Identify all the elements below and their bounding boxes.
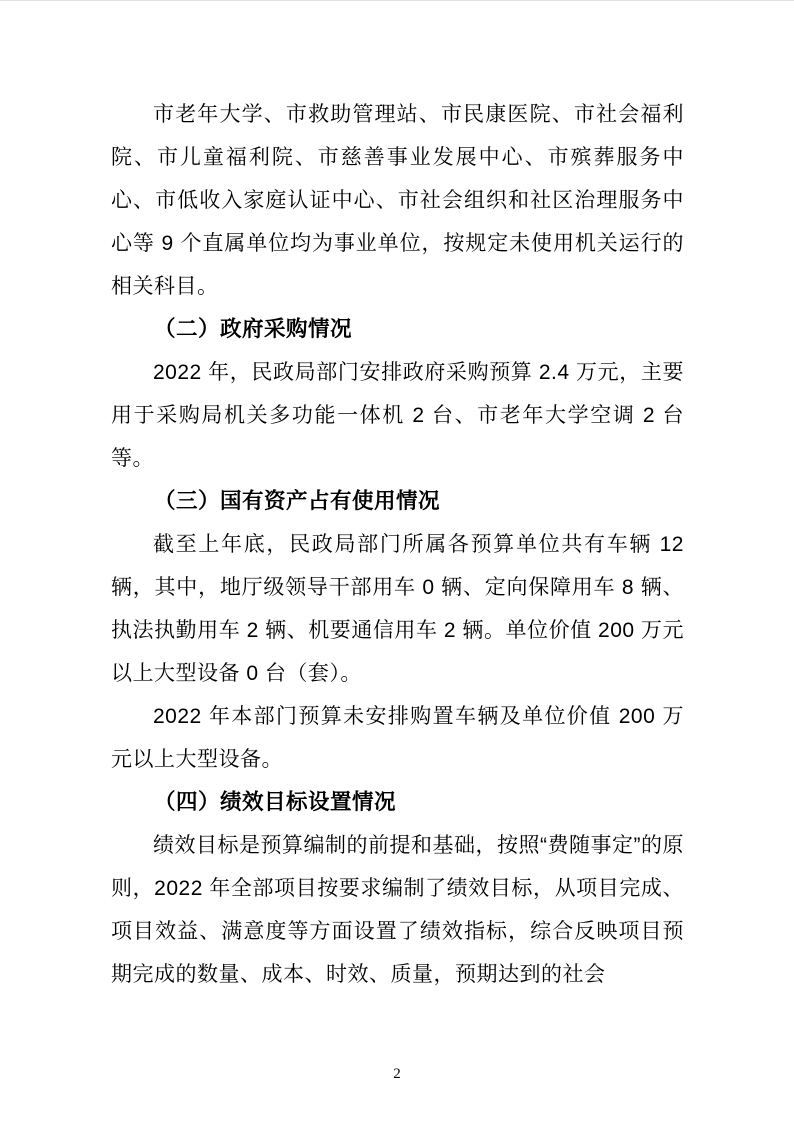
body-paragraph: 市老年大学、市救助管理站、市民康医院、市社会福利院、市儿童福利院、市慈善事业发展… — [111, 93, 684, 308]
body-paragraph: 2022 年本部门预算未安排购置车辆及单位价值 200 万元以上大型设备。 — [111, 695, 684, 781]
document-page: 市老年大学、市救助管理站、市民康医院、市社会福利院、市儿童福利院、市慈善事业发展… — [0, 0, 794, 1123]
page-number: 2 — [393, 1066, 401, 1082]
body-paragraph: 2022 年，民政局部门安排政府采购预算 2.4 万元，主要用于采购局机关多功能… — [111, 351, 684, 480]
section-heading: （四）绩效目标设置情况 — [111, 781, 684, 824]
page-footer: 2 — [0, 1065, 794, 1083]
section-heading: （二）政府采购情况 — [111, 308, 684, 351]
body-paragraph: 绩效目标是预算编制的前提和基础，按照“费随事定”的原则，2022 年全部项目按要… — [111, 824, 684, 996]
body-paragraph: 截至上年底，民政局部门所属各预算单位共有车辆 12 辆，其中，地厅级领导干部用车… — [111, 523, 684, 695]
document-body: 市老年大学、市救助管理站、市民康医院、市社会福利院、市儿童福利院、市慈善事业发展… — [111, 93, 684, 996]
section-heading: （三）国有资产占有使用情况 — [111, 480, 684, 523]
